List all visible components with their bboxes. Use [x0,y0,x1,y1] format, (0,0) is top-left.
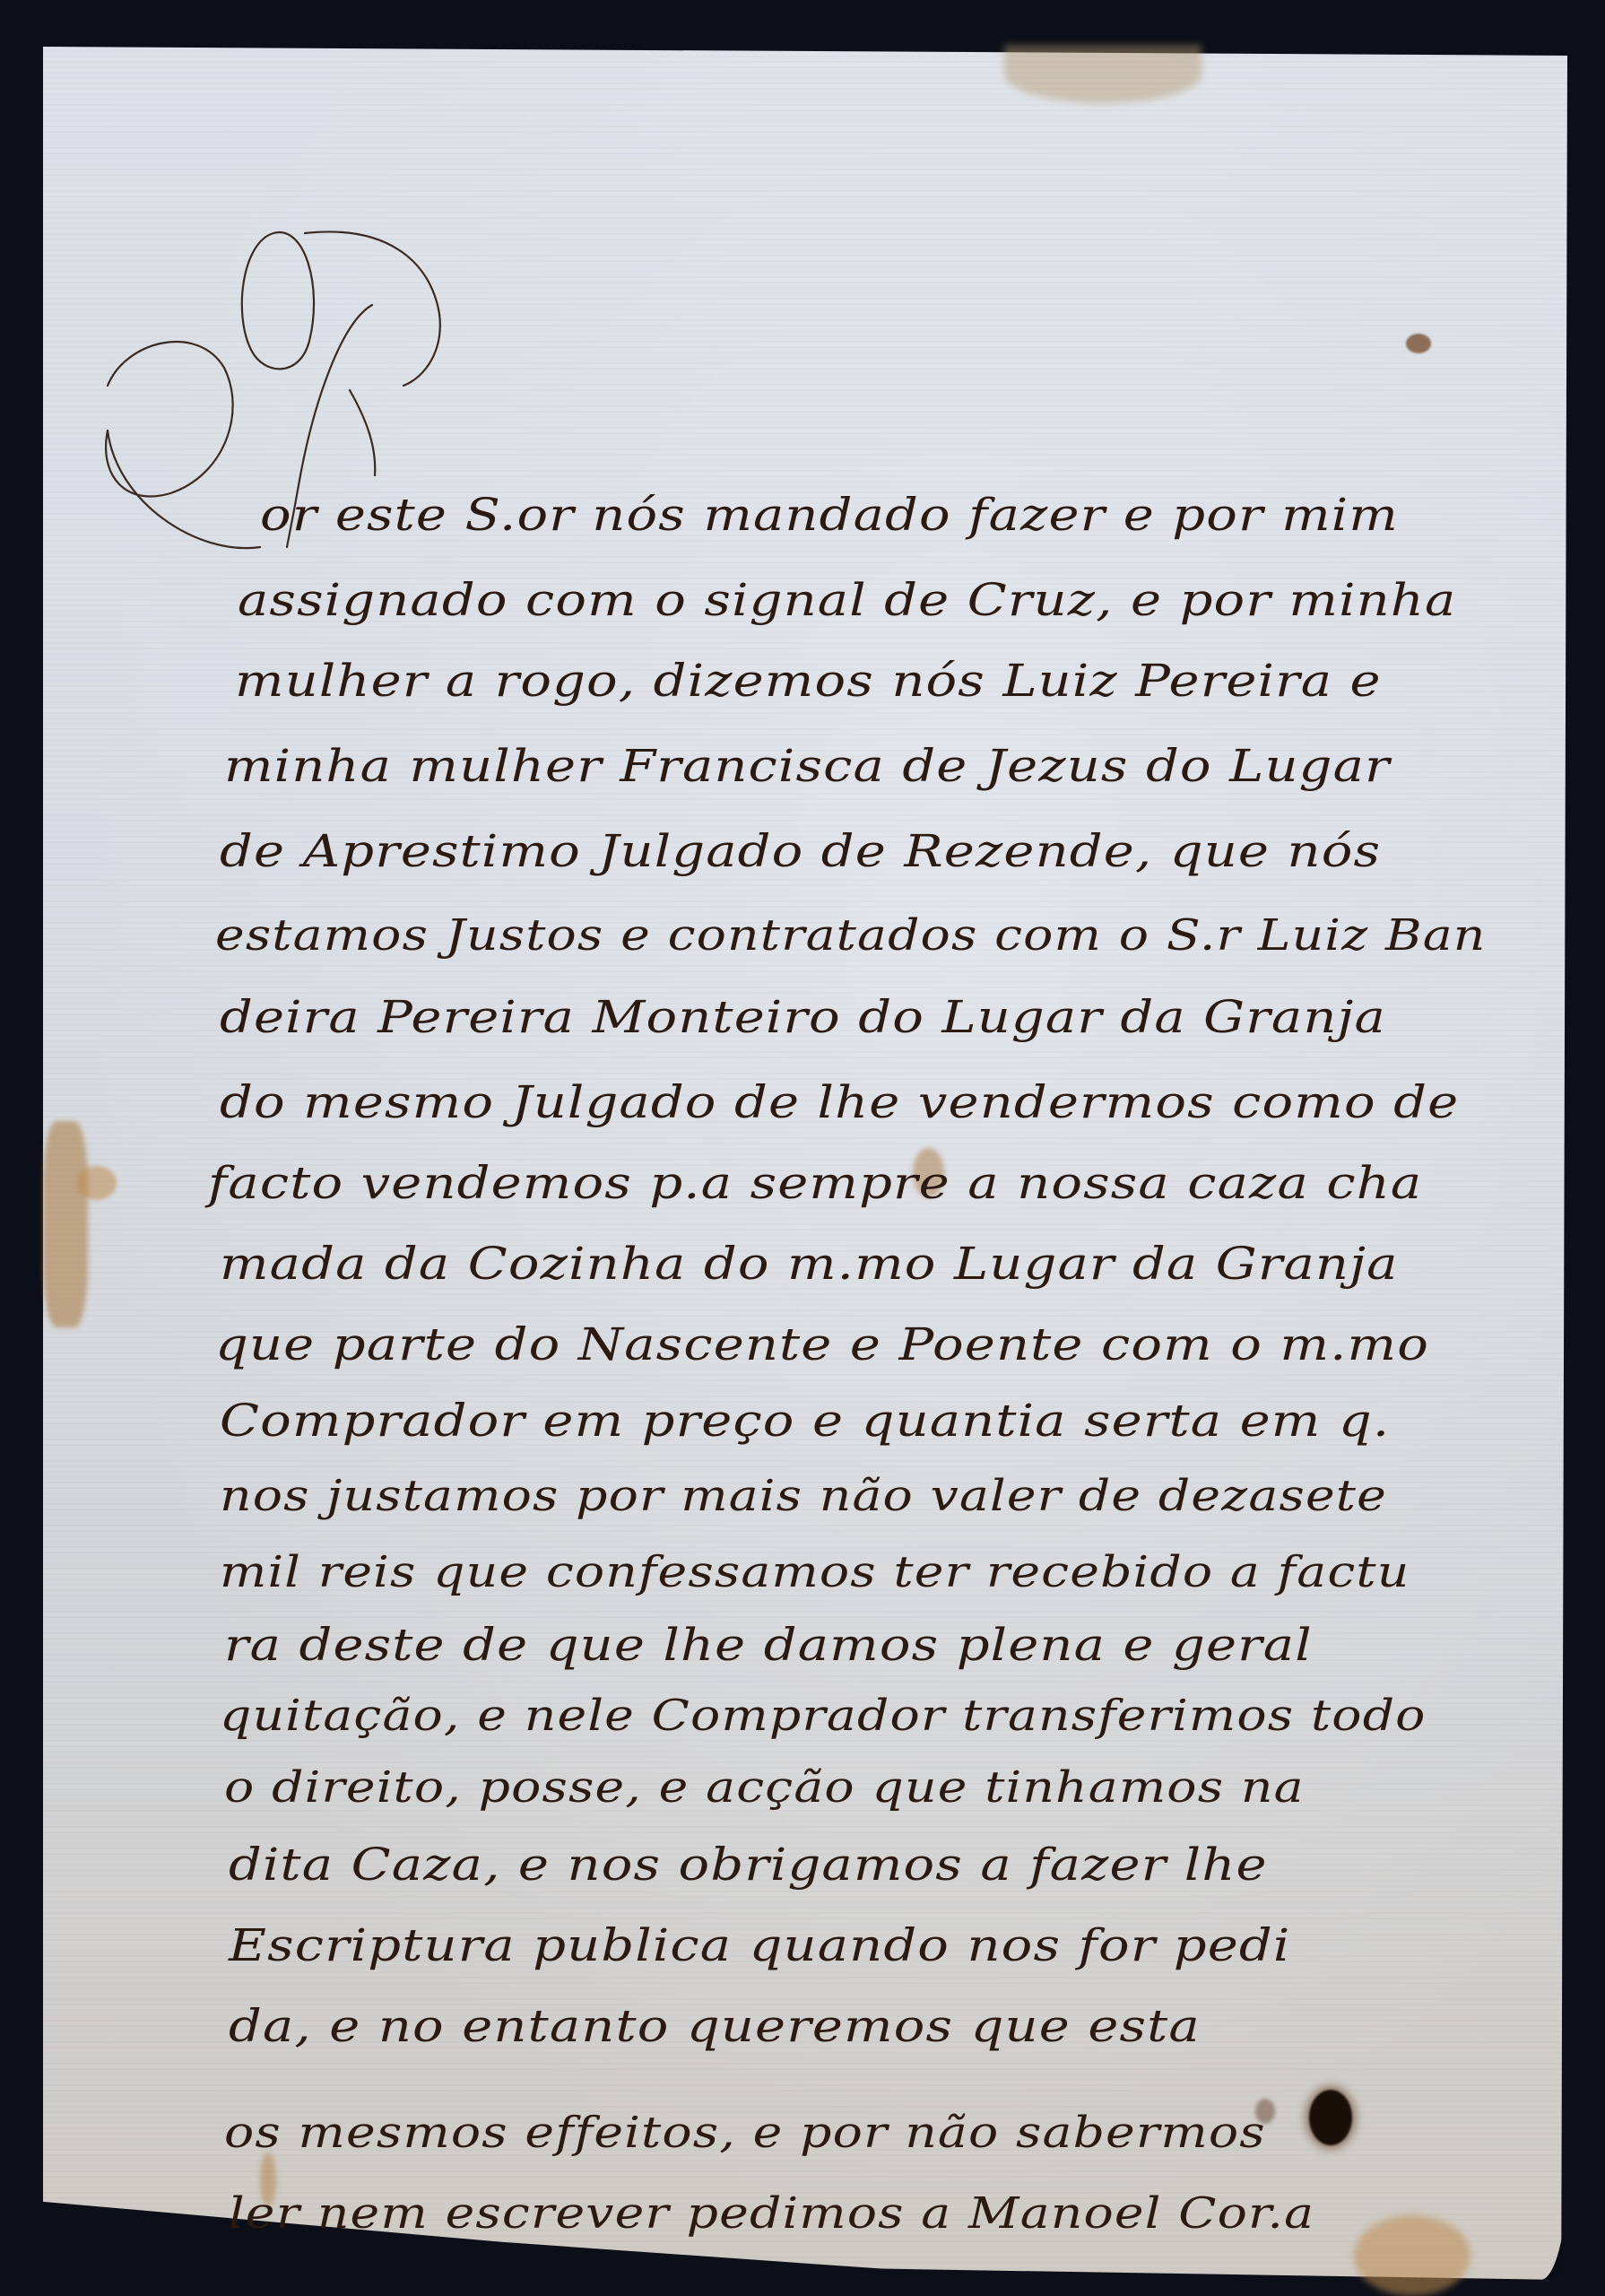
line-14: mil reis que confessamos ter recebido a … [220,1547,1410,1597]
water-stain [1004,45,1202,103]
line-11: que parte do Nascente e Poente com o m.m… [215,1318,1429,1370]
line-22: ler nem escrever pedimos a Manoel Cor.a [229,2188,1314,2239]
line-12: Comprador em preço e quantia serta em q. [220,1395,1390,1447]
line-2: assignado com o signal de Cruz, e por mi… [238,574,1456,626]
line-6: estamos Justos e contratados com o S.r L… [215,910,1486,961]
line-3: mulher a rogo, dizemos nós Luiz Pereira … [235,655,1382,707]
line-10: mada da Cozinha do m.mo Lugar da Granja [220,1238,1399,1290]
line-21: os mesmos effeitos, e por não sabermos [224,2108,1266,2158]
water-stain [1354,2215,1471,2296]
line-19: Escriptura publica quando nos for pedi [229,1919,1290,1971]
line-17: o direito, posse, e acção que tinhamos n… [224,1762,1305,1813]
line-15: ra deste de que lhe damos plena e geral [224,1619,1313,1671]
line-16: quitação, e nele Comprador transferimos … [220,1691,1427,1741]
line-18: dita Caza, e nos obrigamos a fazer lhe [229,1839,1268,1891]
line-4: minha mulher Francisca de Jezus do Lugar [224,740,1391,792]
line-8: do mesmo Julgado de lhe vendermos como d… [220,1076,1459,1128]
line-13: nos justamos por mais não valer de dezas… [220,1471,1387,1521]
line-1: or este S.or nós mandado fazer e por mim [260,489,1399,541]
ink-blot [1309,2090,1352,2145]
water-stain [76,1166,117,1200]
line-9: facto vendemos p.a sempre a nossa caza c… [208,1157,1422,1209]
line-7: deira Pereira Monteiro do Lugar da Granj… [220,991,1386,1043]
water-stain [43,1121,88,1327]
ink-spot [1406,334,1431,353]
line-5: de Aprestimo Julgado de Rezende, que nós [220,825,1381,877]
line-20: da, e no entanto queremos que esta [229,2000,1201,2052]
